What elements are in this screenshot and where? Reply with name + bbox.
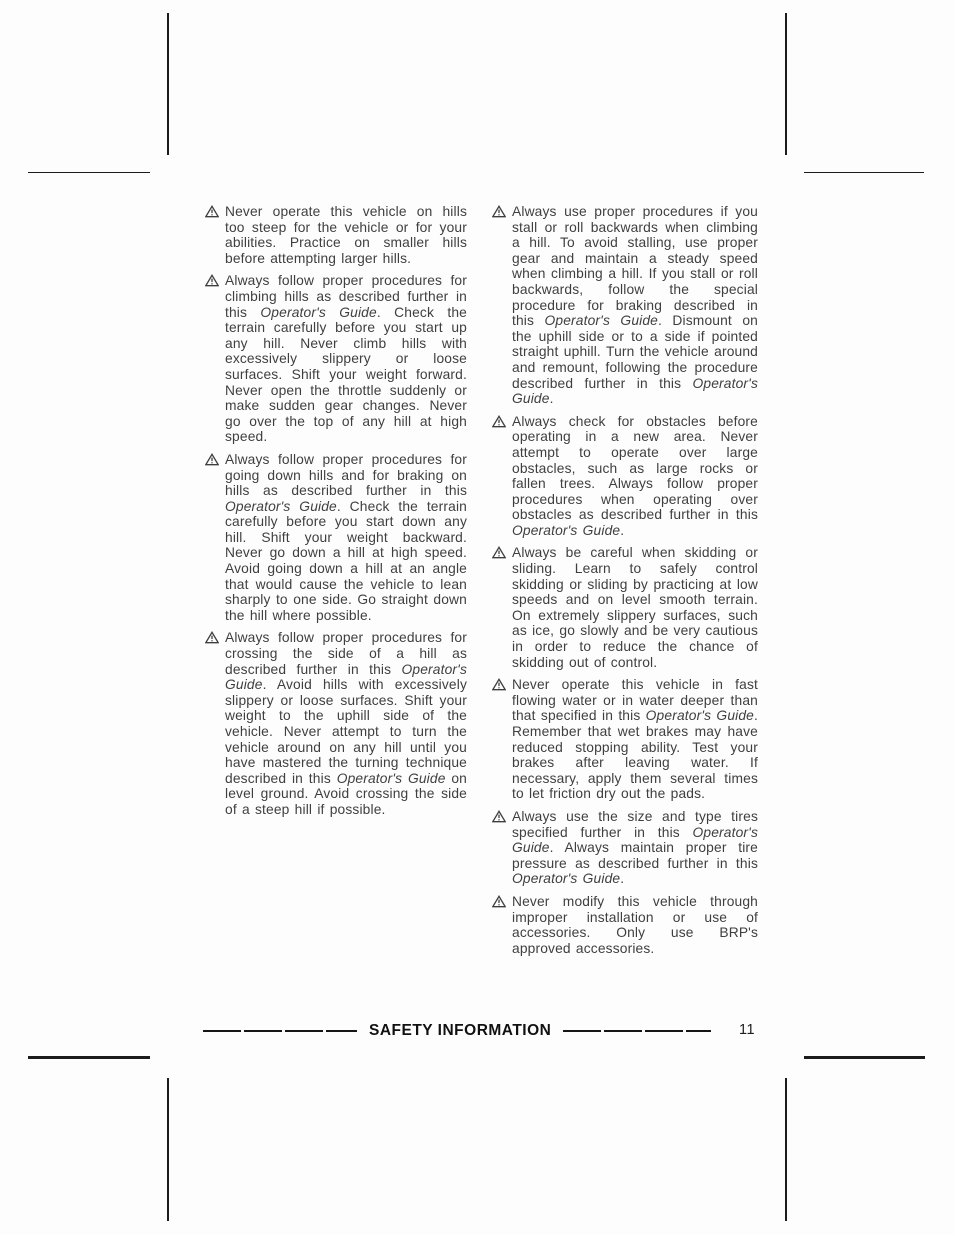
warning-item: Always follow proper procedures for clim…: [205, 273, 467, 445]
crop-mark-top-left-horizontal: [28, 172, 150, 173]
warning-text: Always check for obstacles before operat…: [512, 414, 758, 539]
crop-mark-bottom-left-vertical: [167, 1078, 169, 1221]
warning-item: Always be careful when skidding or slidi…: [492, 545, 758, 670]
warning-item: Always check for obstacles before operat…: [492, 414, 758, 539]
warning-triangle-icon: [492, 546, 506, 559]
warning-item: Never operate this vehicle on hills too …: [205, 204, 467, 266]
crop-mark-bottom-right-horizontal: [804, 1056, 925, 1059]
warning-triangle-icon: [492, 205, 506, 218]
warning-item: Always follow proper procedures for goin…: [205, 452, 467, 624]
page-number: 11: [739, 1022, 755, 1038]
warning-triangle-icon: [205, 205, 219, 218]
crop-mark-bottom-right-vertical: [785, 1078, 787, 1221]
warning-item: Never modify this vehicle through improp…: [492, 894, 758, 956]
warning-triangle-icon: [492, 810, 506, 823]
document-page: Never operate this vehicle on hills too …: [0, 0, 954, 1235]
warning-item: Always follow proper procedures for cros…: [205, 630, 467, 817]
warning-list-left: Never operate this vehicle on hills too …: [205, 204, 467, 825]
warning-text: Always follow proper procedures for goin…: [225, 452, 467, 624]
warning-list-right: Always use proper procedures if you stal…: [492, 204, 758, 963]
warning-text: Never modify this vehicle through improp…: [512, 894, 758, 956]
warning-text: Always follow proper procedures for cros…: [225, 630, 467, 817]
warning-item: Always use the size and type tires speci…: [492, 809, 758, 887]
warning-triangle-icon: [492, 895, 506, 908]
warning-text: Always be careful when skidding or slidi…: [512, 545, 758, 670]
page-footer: SAFETY INFORMATION: [203, 1022, 725, 1040]
crop-mark-top-left-vertical: [167, 13, 169, 155]
warning-text: Never operate this vehicle on hills too …: [225, 204, 467, 266]
warning-triangle-icon: [492, 415, 506, 428]
footer-rule-left: [203, 1030, 357, 1032]
warning-text: Always use the size and type tires speci…: [512, 809, 758, 887]
crop-mark-bottom-left-horizontal: [28, 1056, 150, 1059]
warning-triangle-icon: [205, 631, 219, 644]
footer-section-title: SAFETY INFORMATION: [369, 1022, 551, 1040]
warning-triangle-icon: [205, 274, 219, 287]
warning-triangle-icon: [492, 678, 506, 691]
warning-text: Always follow proper procedures for clim…: [225, 273, 467, 445]
crop-mark-top-right-horizontal: [804, 172, 924, 173]
warning-text: Never operate this vehicle in fast flowi…: [512, 677, 758, 802]
warning-item: Always use proper procedures if you stal…: [492, 204, 758, 407]
crop-mark-top-right-vertical: [785, 13, 787, 155]
warning-item: Never operate this vehicle in fast flowi…: [492, 677, 758, 802]
warning-triangle-icon: [205, 453, 219, 466]
footer-rule-right: [563, 1030, 711, 1032]
warning-text: Always use proper procedures if you stal…: [512, 204, 758, 407]
